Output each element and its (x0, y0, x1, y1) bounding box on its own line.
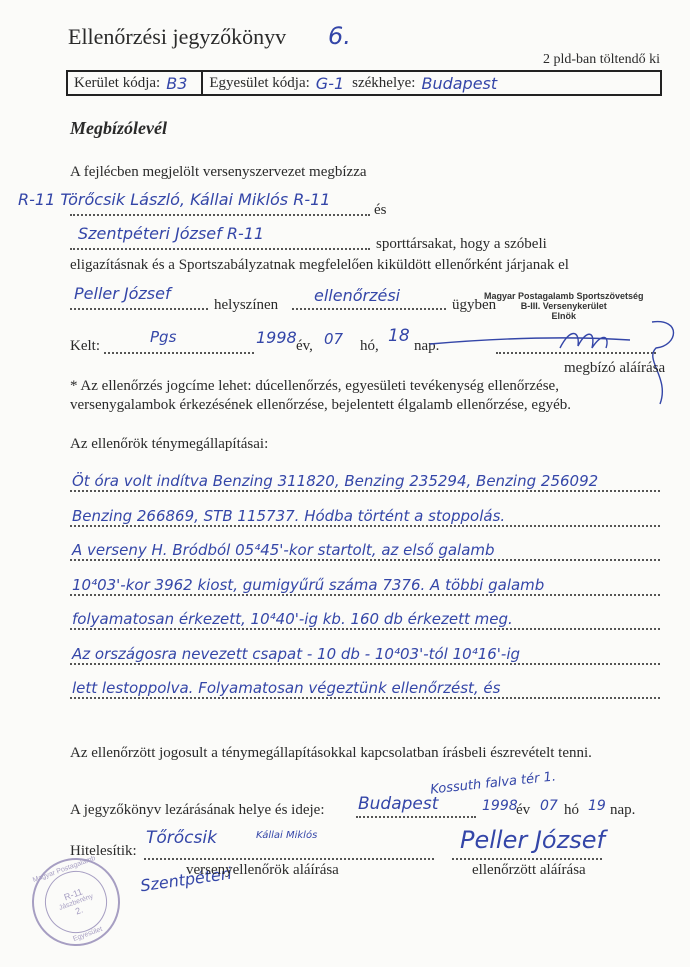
findings-line: Öt óra volt indítva Benzing 311820, Benz… (70, 462, 660, 492)
findings-line-text[interactable]: lett lestoppolva. Folyamatosan végeztünk… (72, 679, 500, 697)
findings-line: folyamatosan érkezett, 10⁴40'-ig kb. 160… (70, 600, 660, 630)
findings-line: lett lestoppolva. Folyamatosan végeztünk… (70, 669, 660, 699)
inspector-signature-1[interactable]: Tőrőcsik (146, 828, 217, 848)
date-month[interactable]: 07 (324, 330, 343, 348)
club-value[interactable]: G-1 (316, 74, 344, 93)
date-year[interactable]: 1998 (256, 328, 297, 347)
matter-value[interactable]: ellenőrzési (314, 286, 400, 305)
closing-year[interactable]: 1998 (482, 798, 518, 814)
mandate-sentence-part2: eligazításnak és a Sportszabályzatnak me… (70, 257, 569, 274)
findings-line-dots (70, 559, 660, 561)
club-cell: Egyesület kódja: G-1 székhelye: Budapest (201, 72, 660, 94)
district-value[interactable]: B3 (166, 74, 187, 93)
findings-line-dots (70, 628, 660, 630)
month-label: hó, (360, 338, 379, 355)
copies-note: 2 pld-ban töltendő ki (543, 52, 660, 68)
closing-place-extra[interactable]: Kossuth falva tér 1. (430, 769, 557, 797)
findings-line-text[interactable]: folyamatosan érkezett, 10⁴40'-ig kb. 160… (72, 610, 513, 628)
findings-line-text[interactable]: A verseny H. Bródból 05⁴45'-kor startolt… (72, 541, 495, 559)
closing-day-label: nap. (610, 802, 635, 819)
inspectors-line1[interactable]: R-11 Törőcsik László, Kállai Miklós R-11 (18, 190, 330, 209)
inspector-signature-2[interactable]: Kállai Miklós (256, 830, 317, 841)
seat-label: székhelye: (352, 75, 415, 92)
closing-label: A jegyzőkönyv lezárásának helye és ideje… (70, 802, 324, 819)
findings-line-dots (70, 697, 660, 699)
findings-line-dots (70, 490, 660, 492)
location-value[interactable]: Peller József (74, 284, 171, 303)
date-place-dots (104, 352, 254, 354)
findings-label: Az ellenőrök ténymegállapításai: (70, 436, 268, 453)
inspectors-line2[interactable]: Szentpéteri József R-11 (78, 224, 264, 243)
inspectors-line2-dots (70, 248, 370, 250)
matter-dots (292, 308, 446, 310)
inspectors-caption: versenyellenőrök aláírása (186, 862, 339, 879)
remarks-text: Az ellenőrzött jogosult a ténymegállapít… (70, 745, 592, 762)
header-code-box: Kerület kódja: B3 Egyesület kódja: G-1 s… (66, 70, 662, 96)
location-label: helyszínen (214, 297, 278, 314)
closing-place-dots (356, 816, 476, 818)
document-number: 6. (328, 22, 351, 50)
checked-caption: ellenőrzött aláírása (472, 862, 586, 879)
date-day[interactable]: 18 (388, 326, 410, 346)
findings-line-dots (70, 594, 660, 596)
club-label: Egyesület kódja: (209, 75, 309, 92)
association-stamp: Magyar Postagalamb Sportszövetség B-III.… (484, 291, 644, 321)
date-label: Kelt: (70, 338, 100, 355)
findings-line-dots (70, 663, 660, 665)
findings-line: Az országosra nevezett csapat - 10 db - … (70, 635, 660, 665)
inspectors-signature-dots (144, 858, 434, 860)
closing-year-label: év (516, 802, 530, 819)
findings-line-text[interactable]: Benzing 266869, STB 115737. Hódba történ… (72, 507, 505, 525)
date-place[interactable]: Pgs (150, 328, 176, 346)
findings-line-dots (70, 525, 660, 527)
district-label: Kerület kódja: (74, 75, 160, 92)
location-dots (70, 308, 208, 310)
inspectors-line1-dots (70, 214, 370, 216)
findings-line: A verseny H. Bródból 05⁴45'-kor startolt… (70, 531, 660, 561)
findings-line: 10⁴03'-kor 3962 kiost, gumigyűrű száma 7… (70, 566, 660, 596)
section-title: Megbízólevél (70, 118, 167, 139)
mandate-sentence-part1: sporttársakat, hogy a szóbeli (376, 236, 547, 253)
mandate-intro: A fejlécben megjelölt versenyszervezet m… (70, 164, 367, 181)
and-word: és (374, 202, 387, 219)
closing-day[interactable]: 19 (588, 798, 606, 814)
club-round-stamp: Magyar Postagalamb R-11 Jászberény 2. Eg… (20, 846, 133, 959)
document-title: Ellenőrzési jegyzőkönyv (68, 24, 286, 50)
checked-signature[interactable]: Peller József (460, 826, 605, 854)
stamp-line2: B-III. Versenykerület (484, 301, 644, 311)
stamp-line1: Magyar Postagalamb Sportszövetség (484, 291, 644, 301)
year-label: év, (296, 338, 313, 355)
closing-month-label: hó (564, 802, 579, 819)
findings-line-text[interactable]: 10⁴03'-kor 3962 kiost, gumigyűrű száma 7… (72, 576, 544, 594)
closing-place[interactable]: Budapest (358, 794, 438, 814)
seat-value[interactable]: Budapest (421, 74, 497, 93)
closing-month[interactable]: 07 (540, 798, 558, 814)
findings-line-text[interactable]: Öt óra volt indítva Benzing 311820, Benz… (72, 472, 598, 490)
findings-line-text[interactable]: Az országosra nevezett csapat - 10 db - … (72, 645, 520, 663)
footnote-line1: * Az ellenőrzés jogcíme lehet: dúcellenő… (70, 378, 559, 395)
footnote-line2: versenygalambok érkezésének ellenőrzése,… (70, 397, 571, 414)
round-stamp-line4: 2. (74, 904, 84, 916)
findings-line: Benzing 266869, STB 115737. Hódba történ… (70, 497, 660, 527)
district-cell: Kerület kódja: B3 (68, 72, 201, 94)
checked-signature-dots (452, 858, 602, 860)
signature-label: megbízó aláírása (564, 360, 665, 377)
